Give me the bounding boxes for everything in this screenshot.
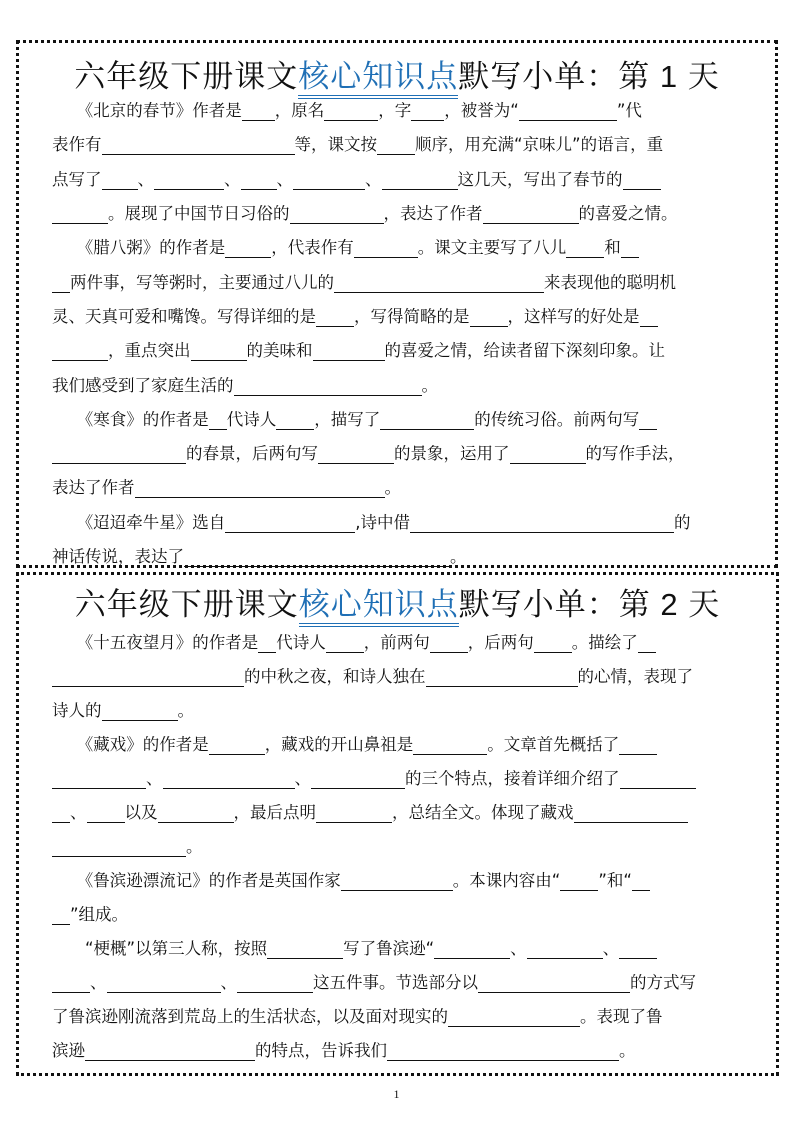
fill-in-blank[interactable] bbox=[290, 203, 384, 224]
fill-in-blank[interactable] bbox=[276, 409, 314, 430]
fill-in-blank[interactable] bbox=[640, 306, 658, 327]
text-line: 点写了、、、、这几天，写出了春节的 bbox=[52, 167, 661, 193]
fill-in-blank[interactable] bbox=[258, 632, 276, 653]
fill-in-blank[interactable] bbox=[293, 169, 365, 190]
fill-in-blank[interactable] bbox=[413, 734, 487, 755]
fill-in-blank[interactable] bbox=[448, 1006, 580, 1027]
fill-in-blank[interactable] bbox=[316, 802, 392, 823]
fill-in-blank[interactable] bbox=[102, 134, 295, 155]
line-text: 、 bbox=[146, 766, 163, 792]
line-text: 顺序，用充满“京味儿”的语言，重 bbox=[415, 132, 663, 158]
fill-in-blank[interactable] bbox=[102, 700, 178, 721]
fill-in-blank[interactable] bbox=[623, 169, 661, 190]
line-text: 表达了作者 bbox=[52, 475, 135, 501]
line-text: 两件事，写等粥时，主要通过八儿的 bbox=[70, 270, 334, 296]
fill-in-blank[interactable] bbox=[377, 134, 415, 155]
text-line: 灵、天真可爱和嘴馋。写得详细的是，写得简略的是，这样写的好处是 bbox=[52, 304, 658, 330]
line-text: 诗人的 bbox=[52, 698, 102, 724]
fill-in-blank[interactable] bbox=[527, 938, 603, 959]
text-line: 、、的三个特点，接着详细介绍了 bbox=[52, 766, 696, 792]
line-text: 表作有 bbox=[52, 132, 102, 158]
fill-in-blank[interactable] bbox=[478, 972, 630, 993]
text-line: 《藏戏》的作者是，藏戏的开山鼻祖是。文章首先概括了 bbox=[52, 732, 657, 758]
text-line: 。展现了中国节日习俗的，表达了作者的喜爱之情。 bbox=[52, 201, 678, 227]
line-text: 。 bbox=[422, 373, 439, 399]
fill-in-blank[interactable] bbox=[311, 768, 405, 789]
line-text: 来表现他的聪明机 bbox=[544, 270, 676, 296]
line-text: 。展现了中国节日习俗的 bbox=[108, 201, 290, 227]
day-1-title: 六年级下册课文核心知识点默写小单：第 1 天 bbox=[19, 51, 775, 96]
fill-in-blank[interactable] bbox=[632, 870, 650, 891]
line-text: 以及 bbox=[125, 800, 158, 826]
line-text: 的美味和 bbox=[247, 338, 313, 364]
fill-in-blank[interactable] bbox=[52, 972, 90, 993]
line-text: 的写作手法， bbox=[586, 441, 685, 467]
fill-in-blank[interactable] bbox=[574, 802, 688, 823]
fill-in-blank[interactable] bbox=[102, 169, 138, 190]
line-text: 、 bbox=[221, 970, 238, 996]
fill-in-blank[interactable] bbox=[318, 443, 394, 464]
line-text: 。表现了鲁 bbox=[580, 1004, 663, 1030]
fill-in-blank[interactable] bbox=[510, 443, 586, 464]
fill-in-blank[interactable] bbox=[411, 100, 444, 121]
line-text: 的特点，告诉我们 bbox=[255, 1038, 387, 1064]
line-text: ，后两句 bbox=[468, 630, 534, 656]
text-line: 滨逊的特点，告诉我们。 bbox=[52, 1038, 636, 1064]
line-text: ，重点突出 bbox=[108, 338, 191, 364]
fill-in-blank[interactable] bbox=[52, 203, 108, 224]
line-text: 的春景，后两句写 bbox=[186, 441, 318, 467]
fill-in-blank[interactable] bbox=[209, 734, 265, 755]
text-line: 《北京的春节》作者是，原名，字，被誉为“”代 bbox=[52, 98, 642, 124]
fill-in-blank[interactable] bbox=[191, 340, 247, 361]
line-text: 。文章首先概括了 bbox=[487, 732, 619, 758]
line-text: ”代 bbox=[617, 98, 642, 124]
text-line: 、以及，最后点明，总结全文。体现了藏戏 bbox=[52, 800, 688, 826]
text-line: 《迢迢牵牛星》选自,诗中借的 bbox=[52, 510, 691, 536]
fill-in-blank[interactable] bbox=[430, 632, 468, 653]
line-text: ，写得简略的是 bbox=[354, 304, 470, 330]
fill-in-blank[interactable] bbox=[639, 409, 657, 430]
line-text: ，原名 bbox=[275, 98, 325, 124]
fill-in-blank[interactable] bbox=[52, 904, 70, 925]
line-text: 、 bbox=[70, 800, 87, 826]
title-prefix: 六年级下册课文 bbox=[74, 59, 298, 94]
fill-in-blank[interactable] bbox=[380, 409, 474, 430]
text-line: 的春景，后两句写的景象，运用了的写作手法， bbox=[52, 441, 685, 467]
text-line: 的中秋之夜，和诗人独在的心情，表现了 bbox=[52, 664, 693, 690]
line-text: 。 bbox=[178, 698, 195, 724]
line-text: 、 bbox=[295, 766, 312, 792]
fill-in-blank[interactable] bbox=[313, 340, 385, 361]
fill-in-blank[interactable] bbox=[341, 870, 453, 891]
fill-in-blank[interactable] bbox=[52, 768, 146, 789]
fill-in-blank[interactable] bbox=[470, 306, 508, 327]
fill-in-blank[interactable] bbox=[620, 768, 696, 789]
line-text: ，这样写的好处是 bbox=[508, 304, 640, 330]
line-text: ，字 bbox=[378, 98, 411, 124]
line-text: 。 bbox=[450, 544, 467, 570]
title-prefix: 六年级下册课文 bbox=[75, 587, 299, 622]
line-text: 。课文主要写了八儿 bbox=[418, 235, 567, 261]
text-line: 神话传说，表达了。 bbox=[52, 544, 467, 570]
text-line: 表达了作者。 bbox=[52, 475, 401, 501]
title-suffix: 默写小单：第 1 天 bbox=[458, 59, 719, 94]
title-highlight: 核心知识点 bbox=[299, 579, 459, 624]
fill-in-blank[interactable] bbox=[324, 100, 378, 121]
line-text: 的喜爱之情。 bbox=[579, 201, 678, 227]
fill-in-blank[interactable] bbox=[234, 375, 422, 396]
fill-in-blank[interactable] bbox=[426, 666, 578, 687]
fill-in-blank[interactable] bbox=[242, 100, 275, 121]
line-text: 的传统习俗。前两句写 bbox=[474, 407, 639, 433]
line-text: 的 bbox=[674, 510, 691, 536]
fill-in-blank[interactable] bbox=[52, 802, 70, 823]
line-text: 、 bbox=[224, 167, 241, 193]
line-text: “梗概”以第三人称，按照 bbox=[52, 936, 267, 962]
text-line: 《鲁滨逊漂流记》的作者是英国作家。本课内容由“”和“ bbox=[52, 868, 650, 894]
fill-in-blank[interactable] bbox=[560, 870, 598, 891]
text-line: 、、这五件事。节选部分以的方式写 bbox=[52, 970, 696, 996]
line-text: 我们感受到了家庭生活的 bbox=[52, 373, 234, 399]
line-text: 、 bbox=[277, 167, 294, 193]
fill-in-blank[interactable] bbox=[52, 272, 70, 293]
line-text: ，最后点明 bbox=[234, 800, 317, 826]
text-line: 《十五夜望月》的作者是代诗人，前两句，后两句。描绘了 bbox=[52, 630, 656, 656]
line-text: 了鲁滨逊刚流落到荒岛上的生活状态，以及面对现实的 bbox=[52, 1004, 448, 1030]
line-text: 这几天，写出了春节的 bbox=[458, 167, 623, 193]
fill-in-blank[interactable] bbox=[267, 938, 343, 959]
fill-in-blank[interactable] bbox=[52, 443, 186, 464]
line-text: ,诗中借 bbox=[355, 510, 410, 536]
fill-in-blank[interactable] bbox=[619, 734, 657, 755]
fill-in-blank[interactable] bbox=[107, 972, 221, 993]
line-text: 《十五夜望月》的作者是 bbox=[52, 630, 258, 656]
line-text: ，总结全文。体现了藏戏 bbox=[392, 800, 574, 826]
fill-in-blank[interactable] bbox=[158, 802, 234, 823]
line-text: 点写了 bbox=[52, 167, 102, 193]
line-text: 、 bbox=[90, 970, 107, 996]
fill-in-blank[interactable] bbox=[382, 169, 458, 190]
fill-in-blank[interactable] bbox=[52, 340, 108, 361]
fill-in-blank[interactable] bbox=[534, 632, 572, 653]
fill-in-blank[interactable] bbox=[184, 546, 450, 567]
line-text: 的心情，表现了 bbox=[578, 664, 694, 690]
text-line: 诗人的。 bbox=[52, 698, 194, 724]
line-text: 灵、天真可爱和嘴馋。写得详细的是 bbox=[52, 304, 316, 330]
fill-in-blank[interactable] bbox=[483, 203, 579, 224]
fill-in-blank[interactable] bbox=[334, 272, 544, 293]
text-line: 《寒食》的作者是代诗人，描写了的传统习俗。前两句写 bbox=[52, 407, 657, 433]
text-line: “梗概”以第三人称，按照写了鲁滨逊“、、 bbox=[52, 936, 657, 962]
fill-in-blank[interactable] bbox=[163, 768, 295, 789]
fill-in-blank[interactable] bbox=[326, 632, 364, 653]
day-2-worksheet: 六年级下册课文核心知识点默写小单：第 2 天 《十五夜望月》的作者是代诗人，前两… bbox=[16, 572, 779, 1076]
line-text: ，代表作有 bbox=[271, 235, 354, 261]
text-line: 了鲁滨逊刚流落到荒岛上的生活状态，以及面对现实的。表现了鲁 bbox=[52, 1004, 663, 1030]
line-text: 、 bbox=[138, 167, 155, 193]
fill-in-blank[interactable] bbox=[225, 237, 271, 258]
text-line: 《腊八粥》的作者是，代表作有。课文主要写了八儿和 bbox=[52, 235, 639, 261]
fill-in-blank[interactable] bbox=[410, 512, 674, 533]
line-text: 的方式写 bbox=[630, 970, 696, 996]
fill-in-blank[interactable] bbox=[52, 666, 244, 687]
fill-in-blank[interactable] bbox=[209, 409, 227, 430]
line-text: 和 bbox=[604, 235, 621, 261]
line-text: 滨逊 bbox=[52, 1038, 85, 1064]
line-text: 、 bbox=[510, 936, 527, 962]
line-text: 。描绘了 bbox=[572, 630, 638, 656]
text-line: ，重点突出的美味和的喜爱之情，给读者留下深刻印象。让 bbox=[52, 338, 665, 364]
line-text: 《腊八粥》的作者是 bbox=[52, 235, 225, 261]
fill-in-blank[interactable] bbox=[85, 1040, 255, 1061]
fill-in-blank[interactable] bbox=[87, 802, 125, 823]
line-text: ，表达了作者 bbox=[384, 201, 483, 227]
line-text: ，前两句 bbox=[364, 630, 430, 656]
line-text: 。 bbox=[186, 834, 203, 860]
line-text: 这五件事。节选部分以 bbox=[313, 970, 478, 996]
fill-in-blank[interactable] bbox=[135, 477, 385, 498]
fill-in-blank[interactable] bbox=[241, 169, 277, 190]
line-text: 。 bbox=[619, 1038, 636, 1064]
line-text: ，藏戏的开山鼻祖是 bbox=[265, 732, 414, 758]
fill-in-blank[interactable] bbox=[237, 972, 313, 993]
fill-in-blank[interactable] bbox=[619, 938, 657, 959]
day-2-title: 六年级下册课文核心知识点默写小单：第 2 天 bbox=[19, 579, 776, 624]
title-highlight: 核心知识点 bbox=[298, 51, 458, 96]
text-line: 两件事，写等粥时，主要通过八儿的来表现他的聪明机 bbox=[52, 270, 676, 296]
line-text: 的三个特点，接着详细介绍了 bbox=[405, 766, 620, 792]
fill-in-blank[interactable] bbox=[387, 1040, 619, 1061]
line-text: 。本课内容由“ bbox=[453, 868, 561, 894]
fill-in-blank[interactable] bbox=[154, 169, 224, 190]
line-text: 、 bbox=[603, 936, 620, 962]
line-text: 《鲁滨逊漂流记》的作者是英国作家 bbox=[52, 868, 341, 894]
fill-in-blank[interactable] bbox=[354, 237, 418, 258]
line-text: 神话传说，表达了 bbox=[52, 544, 184, 570]
text-line: 。 bbox=[52, 834, 203, 860]
fill-in-blank[interactable] bbox=[316, 306, 354, 327]
text-line: 我们感受到了家庭生活的。 bbox=[52, 373, 438, 399]
page-number: 1 bbox=[0, 1087, 793, 1102]
line-text: 代诗人 bbox=[227, 407, 277, 433]
line-text: 《北京的春节》作者是 bbox=[52, 98, 242, 124]
line-text: 等，课文按 bbox=[295, 132, 378, 158]
line-text: 《藏戏》的作者是 bbox=[52, 732, 209, 758]
line-text: 。 bbox=[385, 475, 402, 501]
line-text: 代诗人 bbox=[276, 630, 326, 656]
fill-in-blank[interactable] bbox=[225, 512, 355, 533]
line-text: 《寒食》的作者是 bbox=[52, 407, 209, 433]
text-line: 表作有等，课文按顺序，用充满“京味儿”的语言，重 bbox=[52, 132, 663, 158]
title-suffix: 默写小单：第 2 天 bbox=[459, 587, 720, 622]
line-text: ，被誉为“ bbox=[444, 98, 519, 124]
line-text: 写了鲁滨逊“ bbox=[343, 936, 434, 962]
line-text: 、 bbox=[365, 167, 382, 193]
fill-in-blank[interactable] bbox=[621, 237, 639, 258]
line-text: ，描写了 bbox=[314, 407, 380, 433]
line-text: ”组成。 bbox=[70, 902, 128, 928]
fill-in-blank[interactable] bbox=[566, 237, 604, 258]
line-text: ”和“ bbox=[598, 868, 632, 894]
fill-in-blank[interactable] bbox=[52, 836, 186, 857]
text-line: ”组成。 bbox=[52, 902, 128, 928]
fill-in-blank[interactable] bbox=[638, 632, 656, 653]
line-text: 的中秋之夜，和诗人独在 bbox=[244, 664, 426, 690]
fill-in-blank[interactable] bbox=[519, 100, 617, 121]
line-text: 《迢迢牵牛星》选自 bbox=[52, 510, 225, 536]
fill-in-blank[interactable] bbox=[434, 938, 510, 959]
line-text: 的喜爱之情，给读者留下深刻印象。让 bbox=[385, 338, 666, 364]
day-1-worksheet: 六年级下册课文核心知识点默写小单：第 1 天 《北京的春节》作者是，原名，字，被… bbox=[16, 40, 778, 568]
line-text: 的景象，运用了 bbox=[394, 441, 510, 467]
